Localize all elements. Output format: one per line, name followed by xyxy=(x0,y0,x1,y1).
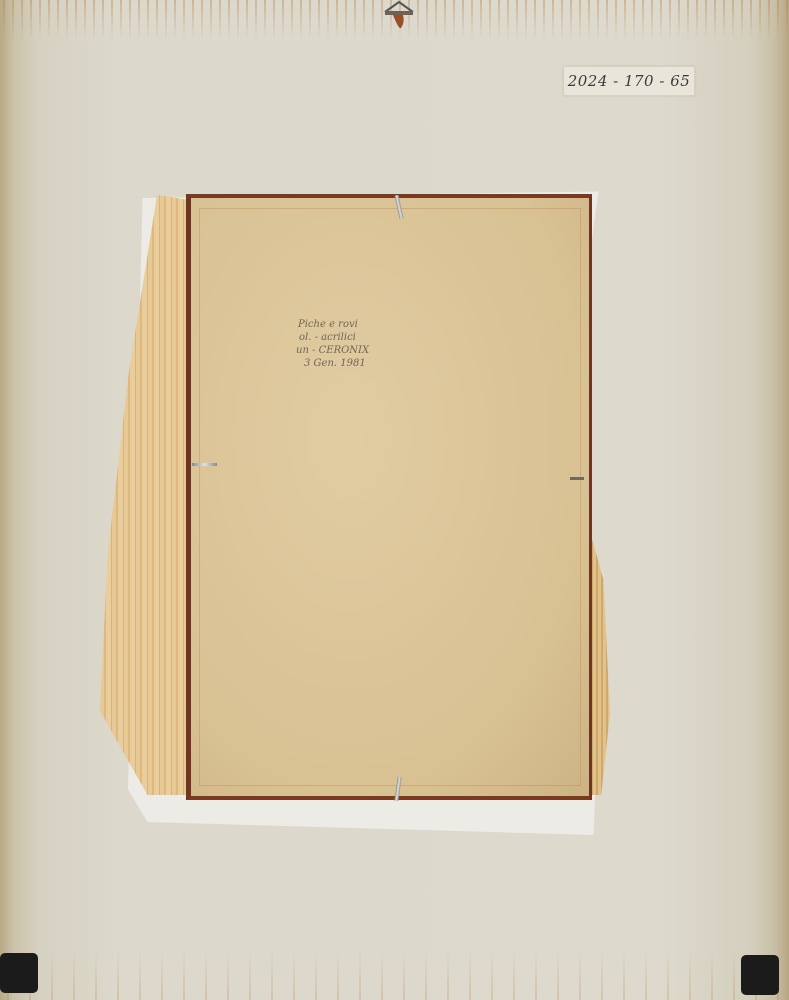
inventory-label: 2024 - 170 - 65 xyxy=(563,66,695,96)
wood-frame-left xyxy=(100,195,195,795)
bottom-tape-stain xyxy=(0,950,789,1000)
note-line: ol. - acrilici xyxy=(299,331,416,344)
artwork-back-photo: 2024 - 170 - 65 Piche e rovi ol. - acril… xyxy=(0,0,789,1000)
nail-right xyxy=(570,477,584,480)
note-line: 3 Gen. 1981 xyxy=(304,357,416,370)
inventory-number: 2024 - 170 - 65 xyxy=(568,72,691,90)
handwritten-note: Piche e rovi ol. - acrilici un - CERONIX… xyxy=(296,318,416,370)
hanger-hook-icon xyxy=(381,0,417,34)
nail-left xyxy=(192,463,217,466)
note-line: un - CERONIX xyxy=(296,344,416,357)
note-line: Piche e rovi xyxy=(298,318,416,331)
artwork-board-back xyxy=(186,194,592,800)
board-guideline xyxy=(199,208,581,786)
corner-pad-left xyxy=(0,953,38,993)
corner-pad-right xyxy=(741,955,779,995)
